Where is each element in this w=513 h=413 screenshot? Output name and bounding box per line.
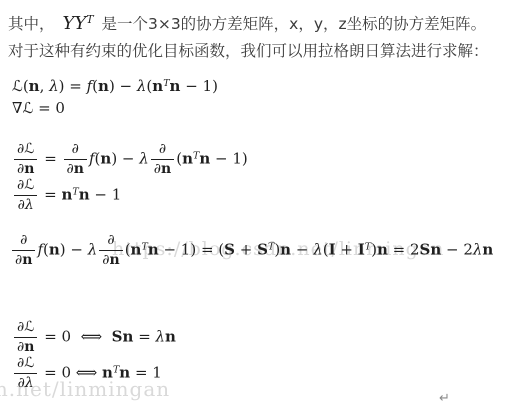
paragraph-line-2: 对于这种有约束的优化目标函数，我们可以用拉格朗日算法进行求解： <box>8 38 513 65</box>
equation-norm-condition: ∂ℒ∂λ = 0 ⟺ nTn = 1 <box>12 355 162 392</box>
text-line1-post: 是一个3×3的协方差矩阵，x，y，z坐标的协方差矩阵。 <box>97 15 487 33</box>
equation-partial-wrt-n: ∂ℒ∂n = ∂∂nf(n) − λ∂∂n(nTn − 1) <box>12 141 248 178</box>
inline-math-yyt: YYT <box>59 15 96 33</box>
equation-derivative-expansion: ∂∂nf(n) − λ∂∂n(nTn − 1) = (S + ST)n − λ(… <box>10 232 493 269</box>
equation-eigen-condition: ∂ℒ∂n = 0 ⟺ Sn = λn <box>12 319 176 356</box>
text-line1-pre: 其中， <box>8 15 59 33</box>
equation-gradient-zero: ∇ℒ = 0 <box>12 99 65 117</box>
inline-math-base: YY <box>62 13 86 34</box>
line-break-icon: ↵ <box>439 391 450 406</box>
paragraph-line-1: 其中， YYT 是一个3×3的协方差矩阵，x，y，z坐标的协方差矩阵。 <box>8 6 513 38</box>
intro-paragraph: 其中， YYT 是一个3×3的协方差矩阵，x，y，z坐标的协方差矩阵。 对于这种… <box>8 6 513 65</box>
text-line2: 对于这种有约束的优化目标函数，我们可以用拉格朗日算法进行求解： <box>8 42 489 60</box>
inline-math-superscript: T <box>86 13 93 26</box>
equation-partial-wrt-lambda: ∂ℒ∂λ = nTn − 1 <box>12 177 121 214</box>
document-page: https://blog.csdn.net/linmingan https://… <box>0 0 513 413</box>
equation-lagrangian-definition: ℒ(n, λ) = f(n) − λ(nTn − 1) <box>12 77 218 95</box>
